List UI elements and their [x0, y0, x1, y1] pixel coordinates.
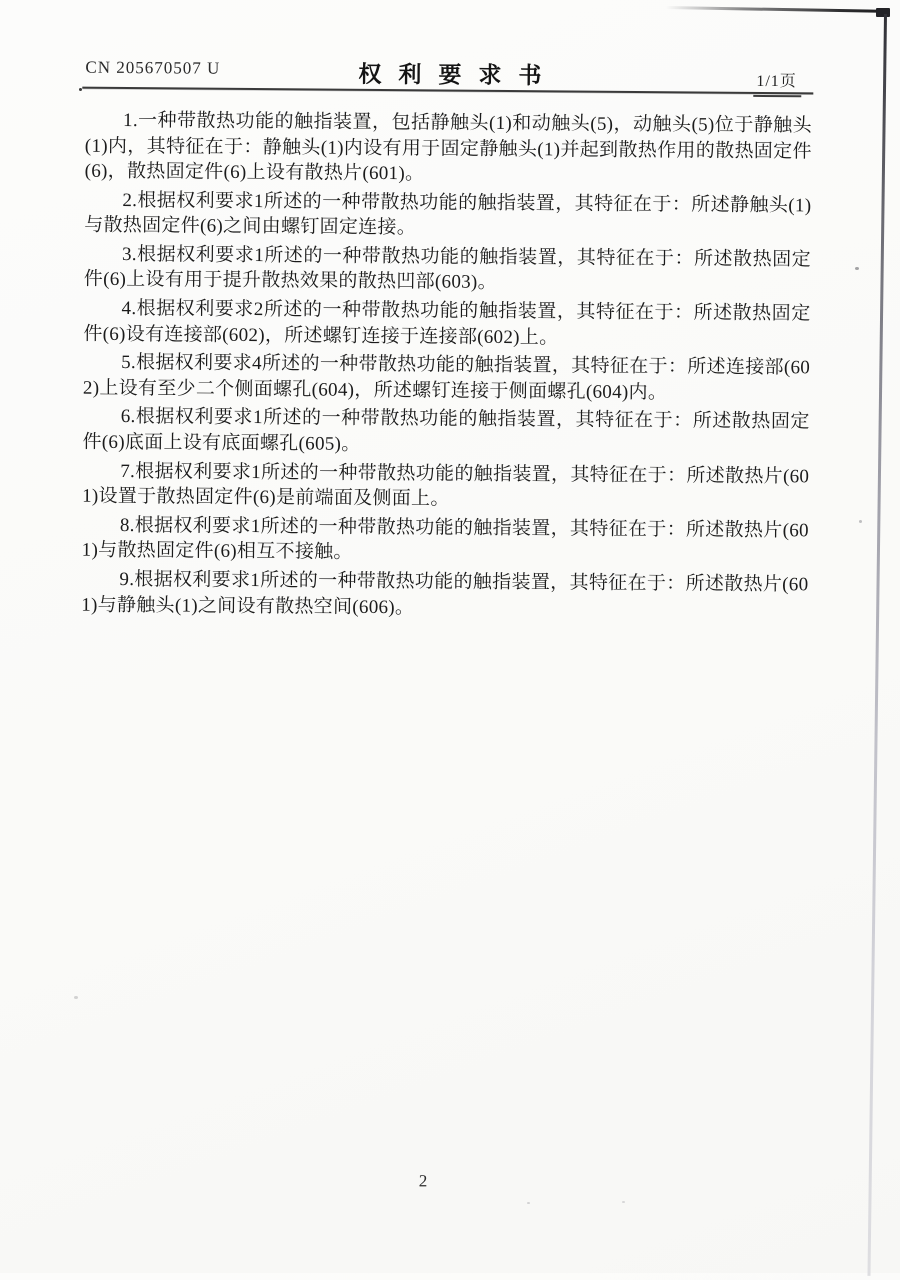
- scan-speck: [79, 88, 82, 91]
- scan-speck: [622, 1201, 625, 1203]
- publication-number: CN 205670507 U: [85, 58, 220, 79]
- claim-paragraph: 4.根据权利要求2所述的一种带散热功能的触指装置，其特征在于：所述散热固定件(6…: [83, 296, 810, 353]
- scan-speck: [527, 1202, 530, 1204]
- scan-speck: [74, 996, 78, 999]
- claim-paragraph: 1.一种带散热功能的触指装置，包括静触头(1)和动触头(5)，动触头(5)位于静…: [85, 108, 813, 190]
- claim-paragraph: 6.根据权利要求1所述的一种带散热功能的触指装置，其特征在于：所述散热固定件(6…: [82, 404, 809, 461]
- claim-paragraph: 8.根据权利要求1所述的一种带散热功能的触指装置，其特征在于：所述散热片(601…: [82, 512, 809, 569]
- claim-paragraph: 2.根据权利要求1所述的一种带散热功能的触指装置，其特征在于：所述静触头(1)与…: [84, 187, 811, 244]
- scan-speck: [859, 520, 862, 523]
- scanned-page: CN 205670507 U 权利要求书 1/1页 1.一种带散热功能的触指装置…: [0, 0, 900, 1273]
- page-title: 权利要求书: [358, 56, 558, 91]
- claim-paragraph: 5.根据权利要求4所述的一种带散热功能的触指装置，其特征在于：所述连接部(602…: [83, 350, 810, 407]
- claim-paragraph: 9.根据权利要求1所述的一种带散热功能的触指装置，其特征在于：所述散热片(601…: [81, 567, 808, 624]
- page-number: 2: [419, 1171, 428, 1191]
- claims-body: 1.一种带散热功能的触指装置，包括静触头(1)和动触头(5)，动触头(5)位于静…: [81, 108, 812, 627]
- scan-speck: [855, 267, 859, 270]
- claim-paragraph: 7.根据权利要求1所述的一种带散热功能的触指装置，其特征在于：所述散热片(601…: [82, 458, 809, 515]
- claim-paragraph: 3.根据权利要求1所述的一种带散热功能的触指装置，其特征在于：所述散热固定件(6…: [84, 242, 811, 299]
